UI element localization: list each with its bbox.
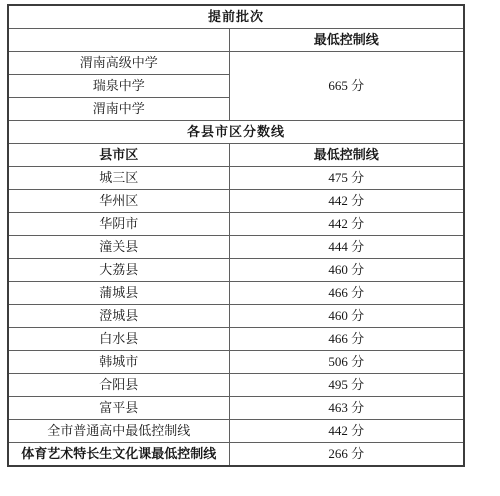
- county-score-cell: 466 分: [229, 282, 464, 305]
- county-name-cell: 城三区: [8, 167, 229, 190]
- table-row: 白水县 466 分: [8, 328, 464, 351]
- table-row: 富平县 463 分: [8, 397, 464, 420]
- county-score-cell: 444 分: [229, 236, 464, 259]
- column-header-min-control-line: 最低控制线: [229, 29, 464, 52]
- table-row: 华州区 442 分: [8, 190, 464, 213]
- county-score-cell: 442 分: [229, 213, 464, 236]
- table-row: 城三区 475 分: [8, 167, 464, 190]
- county-name-cell: 潼关县: [8, 236, 229, 259]
- citywide-min-line-cell: 全市普通高中最低控制线: [8, 420, 229, 443]
- county-score-cell: 460 分: [229, 259, 464, 282]
- county-score-cell: 463 分: [229, 397, 464, 420]
- county-score-cell: 266 分: [229, 443, 464, 467]
- table-row: 全市普通高中最低控制线 442 分: [8, 420, 464, 443]
- county-name-cell: 大荔县: [8, 259, 229, 282]
- table-row: 合阳县 495 分: [8, 374, 464, 397]
- table-row: 县市区 最低控制线: [8, 144, 464, 167]
- county-score-cell: 495 分: [229, 374, 464, 397]
- county-name-cell: 华阴市: [8, 213, 229, 236]
- table-row: 体育艺术特长生文化课最低控制线 266 分: [8, 443, 464, 467]
- county-score-cell: 460 分: [229, 305, 464, 328]
- school-name-cell: 渭南中学: [8, 98, 229, 121]
- empty-cell: [8, 29, 229, 52]
- table-row: 潼关县 444 分: [8, 236, 464, 259]
- county-name-cell: 澄城县: [8, 305, 229, 328]
- table-row: 华阴市 442 分: [8, 213, 464, 236]
- county-score-cell: 442 分: [229, 420, 464, 443]
- table-row: 蒲城县 466 分: [8, 282, 464, 305]
- county-score-cell: 475 分: [229, 167, 464, 190]
- table-row: 各县市区分数线: [8, 121, 464, 144]
- section-title-county-lines: 各县市区分数线: [8, 121, 464, 144]
- column-header-county: 县市区: [8, 144, 229, 167]
- sports-arts-min-line-cell: 体育艺术特长生文化课最低控制线: [8, 443, 229, 467]
- county-name-cell: 蒲城县: [8, 282, 229, 305]
- page: 提前批次 最低控制线 渭南高级中学 665 分 瑞泉中学 渭南中学 各县市区分数…: [0, 0, 500, 496]
- county-name-cell: 白水县: [8, 328, 229, 351]
- table-row: 韩城市 506 分: [8, 351, 464, 374]
- column-header-min-control-line: 最低控制线: [229, 144, 464, 167]
- section-title-advance-batch: 提前批次: [8, 5, 464, 29]
- county-name-cell: 韩城市: [8, 351, 229, 374]
- table-row: 最低控制线: [8, 29, 464, 52]
- merged-score-cell: 665 分: [229, 52, 464, 121]
- admission-score-table: 提前批次 最低控制线 渭南高级中学 665 分 瑞泉中学 渭南中学 各县市区分数…: [7, 4, 465, 467]
- table-row: 提前批次: [8, 5, 464, 29]
- county-score-cell: 466 分: [229, 328, 464, 351]
- table-row: 大荔县 460 分: [8, 259, 464, 282]
- school-name-cell: 瑞泉中学: [8, 75, 229, 98]
- county-name-cell: 华州区: [8, 190, 229, 213]
- county-name-cell: 富平县: [8, 397, 229, 420]
- county-name-cell: 合阳县: [8, 374, 229, 397]
- county-score-cell: 442 分: [229, 190, 464, 213]
- table-row: 澄城县 460 分: [8, 305, 464, 328]
- table-row: 渭南高级中学 665 分: [8, 52, 464, 75]
- county-score-cell: 506 分: [229, 351, 464, 374]
- school-name-cell: 渭南高级中学: [8, 52, 229, 75]
